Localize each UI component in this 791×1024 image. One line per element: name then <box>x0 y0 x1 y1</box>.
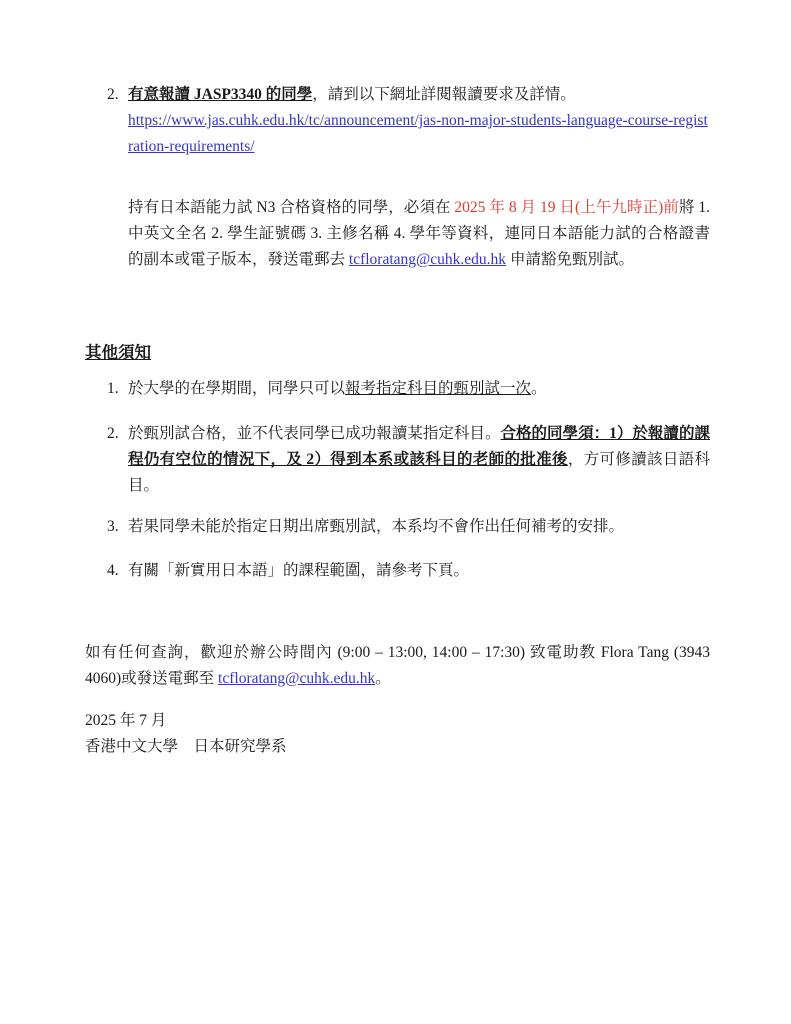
text-run: 。 <box>375 670 391 687</box>
text-run-underline: 報考指定科目的甄別試一次 <box>345 380 531 397</box>
note-2-number: 2. <box>107 421 128 499</box>
text-run: 持有日本語能力試 N3 合格資格的同學，必須在 <box>128 199 454 216</box>
other-notes-heading: 其他須知 <box>85 339 710 367</box>
n3-exemption-paragraph: 持有日本語能力試 N3 合格資格的同學，必須在 2025 年 8 月 19 日(… <box>128 195 710 273</box>
note-1-text: 於大學的在學期間，同學只可以報考指定科目的甄別試一次。 <box>128 376 710 402</box>
text-run: 於大學的在學期間，同學只可以 <box>128 380 345 397</box>
note-item-3: 3. 若果同學未能於指定日期出席甄別試，本系均不會作出任何補考的安排。 <box>85 514 710 540</box>
text-run-red: 2025 年 8 月 19 日(上午九時正)前 <box>454 199 678 216</box>
note-1-number: 1. <box>107 376 128 402</box>
text-run: 若果同學未能於指定日期出席甄別試，本系均不會作出任何補考的安排。 <box>128 518 624 535</box>
department-name: 香港中文大學 日本研究學系 <box>85 734 710 760</box>
text-run-bold-underline: 有意報讀 JASP3340 的同學 <box>128 86 312 103</box>
intro-item-text: 有意報讀 JASP3340 的同學，請到以下網址詳閱報讀要求及詳情。 <box>128 82 710 108</box>
registration-url-link[interactable]: https://www.jas.cuhk.edu.hk/tc/announcem… <box>128 112 708 155</box>
text-run: 。 <box>531 380 547 397</box>
intro-item-number: 2. <box>107 82 128 108</box>
intro-list-item: 2. 有意報讀 JASP3340 的同學，請到以下網址詳閱報讀要求及詳情。 <box>85 82 710 108</box>
email-link[interactable]: tcfloratang@cuhk.edu.hk <box>349 251 506 268</box>
note-2-text: 於甄別試合格，並不代表同學已成功報讀某指定科目。合格的同學須：1）於報讀的課程仍… <box>128 421 710 499</box>
note-item-2: 2. 於甄別試合格，並不代表同學已成功報讀某指定科目。合格的同學須：1）於報讀的… <box>85 421 710 499</box>
registration-url-block: https://www.jas.cuhk.edu.hk/tc/announcem… <box>128 108 710 160</box>
text-run: 有關「新實用日本語」的課程範圍，請參考下頁。 <box>128 562 469 579</box>
text-run: 申請豁免甄別試。 <box>506 251 634 268</box>
note-item-4: 4. 有關「新實用日本語」的課程範圍，請參考下頁。 <box>85 558 710 584</box>
note-4-text: 有關「新實用日本語」的課程範圍，請參考下頁。 <box>128 558 710 584</box>
text-run: 於甄別試合格，並不代表同學已成功報讀某指定科目。 <box>128 425 500 442</box>
document-page: 2. 有意報讀 JASP3340 的同學，請到以下網址詳閱報讀要求及詳情。 ht… <box>0 0 791 1024</box>
note-4-number: 4. <box>107 558 128 584</box>
document-date: 2025 年 7 月 <box>85 708 710 734</box>
note-item-1: 1. 於大學的在學期間，同學只可以報考指定科目的甄別試一次。 <box>85 376 710 402</box>
email-link[interactable]: tcfloratang@cuhk.edu.hk <box>218 670 375 687</box>
contact-paragraph: 如有任何查詢，歡迎於辦公時間內 (9:00 – 13:00, 14:00 – 1… <box>85 640 710 692</box>
text-run: 如有任何查詢，歡迎於辦公時間內 (9:00 – 13:00, 14:00 – 1… <box>85 644 710 687</box>
text-run: ，請到以下網址詳閱報讀要求及詳情。 <box>312 86 576 103</box>
note-3-number: 3. <box>107 514 128 540</box>
note-3-text: 若果同學未能於指定日期出席甄別試，本系均不會作出任何補考的安排。 <box>128 514 710 540</box>
